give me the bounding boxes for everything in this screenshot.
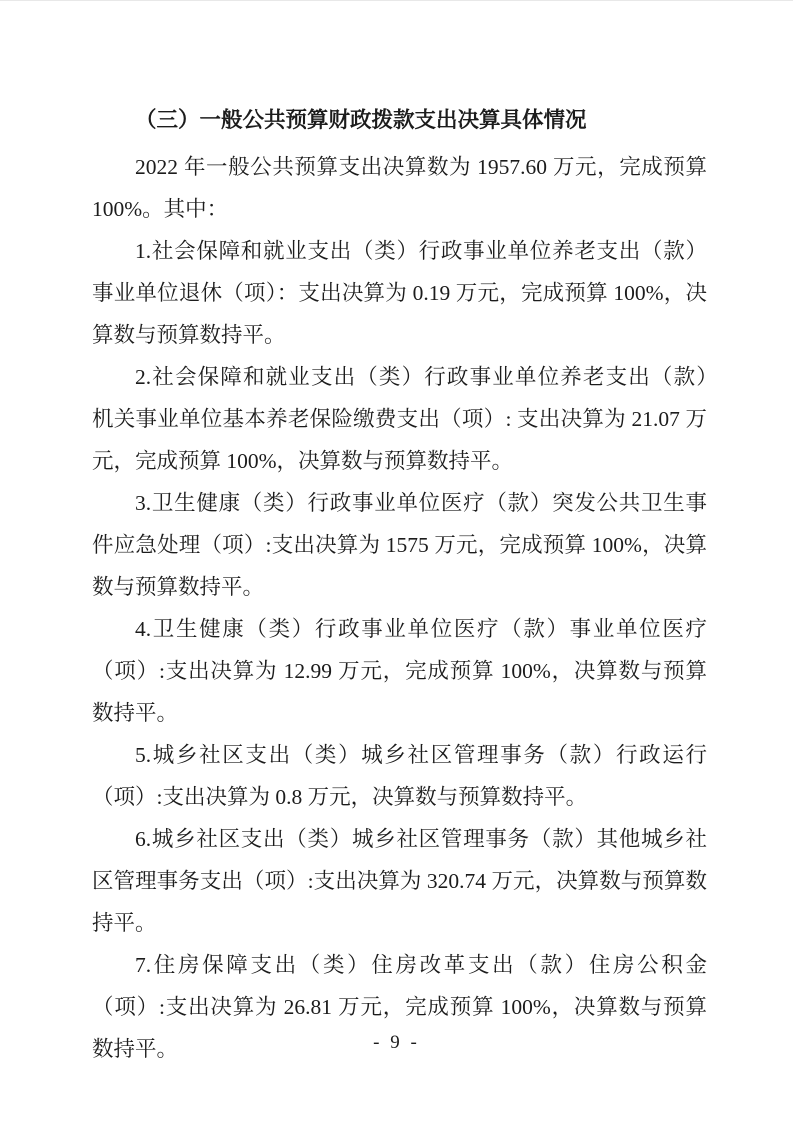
intro-paragraph: 2022 年一般公共预算支出决算数为 1957.60 万元，完成预算 100%。… [92, 146, 707, 230]
item-paragraph-5: 5.城乡社区支出（类）城乡社区管理事务（款）行政运行（项）:支出决算为 0.8 … [92, 734, 707, 818]
item-paragraph-2: 2.社会保障和就业支出（类）行政事业单位养老支出（款） 机关事业单位基本养老保险… [92, 356, 707, 482]
item-paragraph-6: 6.城乡社区支出（类）城乡社区管理事务（款）其他城乡社区管理事务支出（项）:支出… [92, 818, 707, 944]
item-paragraph-1: 1.社会保障和就业支出（类）行政事业单位养老支出（款）事业单位退休（项）：支出决… [92, 230, 707, 356]
item-paragraph-4: 4.卫生健康（类）行政事业单位医疗（款）事业单位医疗（项）:支出决算为 12.9… [92, 608, 707, 734]
section-heading: （三）一般公共预算财政拨款支出决算具体情况 [92, 99, 707, 141]
page-number: - 9 - [0, 1029, 793, 1057]
item-paragraph-3: 3.卫生健康（类）行政事业单位医疗（款）突发公共卫生事件应急处理（项）:支出决算… [92, 482, 707, 608]
document-page: （三）一般公共预算财政拨款支出决算具体情况 2022 年一般公共预算支出决算数为… [0, 0, 793, 1122]
